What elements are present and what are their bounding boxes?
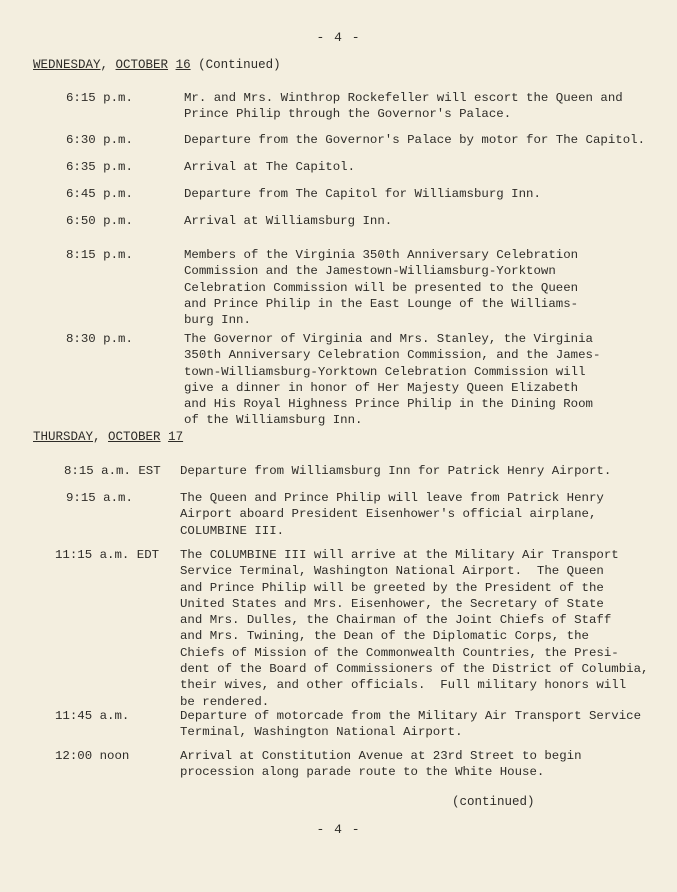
continued-note: (continued) (452, 795, 535, 809)
entry-time: 8:15 p.m. (66, 247, 133, 263)
entry-description: The Queen and Prince Philip will leave f… (180, 490, 604, 539)
entry-time: 6:30 p.m. (66, 132, 133, 148)
page-number-bottom: - 4 - (0, 822, 677, 837)
document-page: - 4 - WEDNESDAY, OCTOBER 16 (Continued) … (0, 0, 677, 892)
heading-month: OCTOBER (116, 58, 169, 72)
entry-description: Members of the Virginia 350th Anniversar… (184, 247, 578, 328)
entry-time: 9:15 a.m. (66, 490, 133, 506)
entry-description: Arrival at Williamsburg Inn. (184, 213, 392, 229)
entry-description: Departure from Williamsburg Inn for Patr… (180, 463, 611, 479)
page-number-top: - 4 - (0, 30, 677, 45)
entry-time: 11:45 a.m. (55, 708, 129, 724)
entry-time: 8:15 a.m. EST (64, 463, 161, 479)
section-heading-thursday: THURSDAY, OCTOBER 17 (33, 430, 183, 444)
heading-month: OCTOBER (108, 430, 161, 444)
entry-time: 6:50 p.m. (66, 213, 133, 229)
entry-time: 12:00 noon (55, 748, 129, 764)
entry-time: 6:45 p.m. (66, 186, 133, 202)
entry-description: Mr. and Mrs. Winthrop Rockefeller will e… (184, 90, 623, 123)
entry-description: Arrival at The Capitol. (184, 159, 355, 175)
entry-time: 6:15 p.m. (66, 90, 133, 106)
entry-description: The COLUMBINE III will arrive at the Mil… (180, 547, 648, 710)
entry-description: Departure from The Capitol for Williamsb… (184, 186, 541, 202)
heading-day: THURSDAY (33, 430, 93, 444)
entry-time: 11:15 a.m. EDT (55, 547, 159, 563)
entry-description: Departure from the Governor's Palace by … (184, 132, 645, 148)
heading-suffix: (Continued) (198, 58, 281, 72)
section-heading-wednesday: WEDNESDAY, OCTOBER 16 (Continued) (33, 58, 281, 72)
heading-date: 16 (176, 58, 191, 72)
entry-description: Departure of motorcade from the Military… (180, 708, 641, 741)
entry-time: 6:35 p.m. (66, 159, 133, 175)
heading-date: 17 (168, 430, 183, 444)
entry-time: 8:30 p.m. (66, 331, 133, 347)
heading-day: WEDNESDAY (33, 58, 101, 72)
entry-description: The Governor of Virginia and Mrs. Stanle… (184, 331, 600, 429)
entry-description: Arrival at Constitution Avenue at 23rd S… (180, 748, 582, 781)
